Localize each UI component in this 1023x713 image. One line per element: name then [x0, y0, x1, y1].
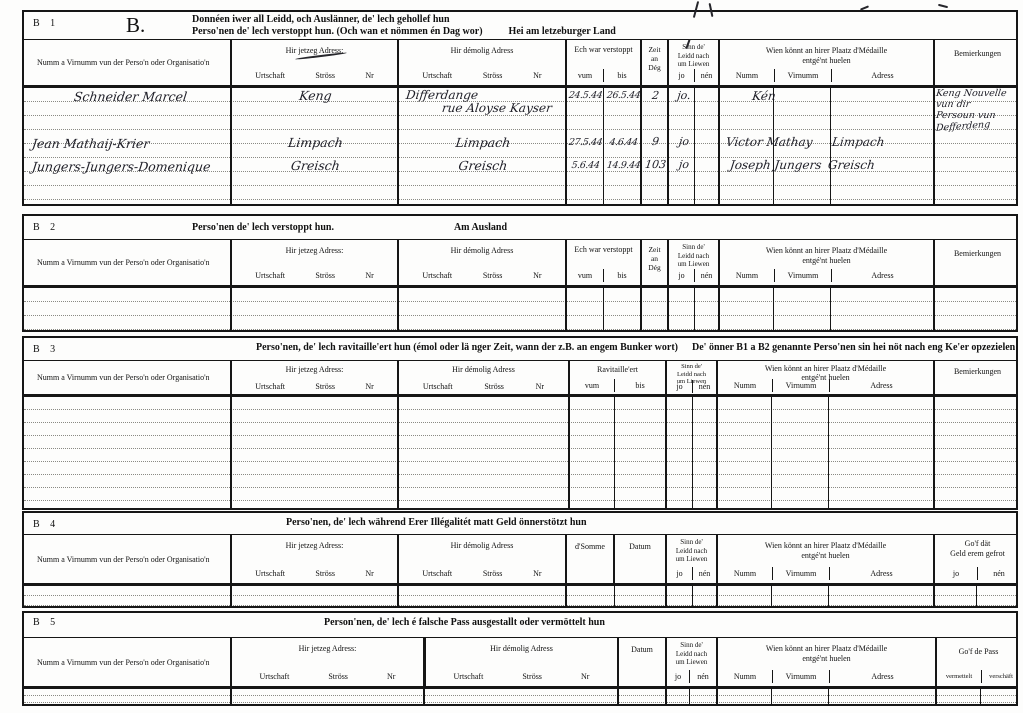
wien-label: Wien könnt an hirer Plaatz d'Médaille en… — [720, 246, 933, 266]
handwriting-vum: 5.6.44 — [566, 160, 604, 171]
numm-label: Numm — [718, 670, 772, 683]
nen-label: nén — [977, 567, 1020, 580]
b3-col-jetzeg-adress: Hir jetzeg Adress: UrtschaftStrössNr — [232, 361, 399, 394]
wien-label: Wien könnt an hirer Plaatz d'Médaille en… — [718, 541, 933, 561]
gof-pass-label: Go'f de Pass — [937, 647, 1020, 657]
zeit-label-l1: Zeit — [642, 245, 667, 254]
b1-title-line2-text: Perso'nen de' lech verstoppt hun. (Och w… — [192, 26, 483, 37]
urtschaft-label: Urtschaft — [422, 71, 452, 80]
nr-label: Nr — [533, 569, 541, 578]
handwriting-jo: jo — [668, 158, 700, 171]
numm-label: Numm — [720, 269, 774, 282]
b1-title-line2: Perso'nen de' lech verstoppt hun. (Och w… — [192, 26, 616, 38]
b4-gof-sublabels: jonén — [935, 567, 1020, 580]
handwriting-demolig: Limpach — [398, 135, 568, 150]
bis-label: bis — [603, 69, 640, 82]
nr-label: Nr — [365, 271, 373, 280]
zeit-label-l3: Dég — [642, 263, 667, 272]
handwriting-bis: 26.5.44 — [604, 90, 642, 101]
vum-label: vum — [567, 269, 603, 282]
b2-col-name-label: Numm a Virnumm vun der Perso'n oder Orga… — [24, 258, 220, 267]
b2-title-main: Perso'nen de' lech verstoppt hun. — [192, 222, 334, 233]
b5-wien-sublabels: NummVirnummAdress — [718, 670, 935, 683]
handwriting-jetzeg: Greisch — [231, 158, 400, 173]
b1-title-line1: Donnéen iwer all Leidd, och Auslänner, d… — [192, 14, 616, 26]
b1-title-row: B 1 B. Donnéen iwer all Leidd, och Auslä… — [24, 12, 1016, 40]
sinn-label-l1: Sinn de' — [667, 538, 716, 547]
b5-column-rules — [24, 689, 1016, 704]
b5-column-header: Numm a Virnumm vun der Perso'n oder Orga… — [24, 638, 1016, 689]
adress-label: Adress — [829, 567, 933, 580]
sinn-label-l1: Sinn de' — [667, 363, 716, 371]
b1-col-zeit: Zeit an Dég — [642, 40, 669, 85]
b1-b-marker: B. — [126, 13, 145, 38]
b3-column-header: Numm a Virnumm vun der Perso'n oder Orga… — [24, 361, 1016, 397]
handwriting-vum: 27.5.44 — [566, 137, 604, 148]
b1-title-location: Hei am letzeburger Land — [509, 26, 616, 37]
b5-col-jetzeg-adress: Hir jetzeg Adress: UrtschaftStrössNr — [232, 638, 425, 686]
zeit-label-l3: Dég — [642, 63, 667, 72]
nr-label: Nr — [533, 271, 541, 280]
b3-col-name: Numm a Virnumm vun der Perso'n oder Orga… — [24, 361, 232, 394]
jo-label: jo — [667, 670, 689, 683]
b2-data-area — [24, 288, 1016, 330]
sinn-label-l3: um Liewen — [669, 60, 718, 69]
b3-title-row: B 3 Perso'nen, de' lech ravitaille'ert h… — [24, 338, 1016, 361]
b2-title-location: Am Ausland — [454, 222, 507, 233]
urtschaft-label: Urtschaft — [260, 672, 290, 681]
nen-label: nén — [694, 269, 718, 282]
b2-col-demolig-adress: Hir démolig Adress UrtschaftStrössNr — [399, 240, 567, 285]
stross-label: Ströss — [484, 382, 504, 391]
b1-col-bemierkungen: Bemierkungen — [935, 40, 1020, 85]
b1-col-sinn: Sinn de' Leidd nach um Liewen jonén — [669, 40, 720, 85]
b3-col-bemierkungen: Bemierkungen — [935, 361, 1020, 394]
b5-gof-sublabels: vermetteltverschäft — [937, 670, 1020, 683]
b4-col-somme: d'Somme — [567, 535, 615, 583]
b3-col-demolig-adress: Hir démolig Adress UrtschaftStrössNr — [399, 361, 570, 394]
sinn-label-l2: Leidd nach — [667, 371, 716, 379]
wien-label-l1: Wien könnt an hirer Plaatz d'Médaille — [718, 541, 933, 551]
b4-col-wien: Wien könnt an hirer Plaatz d'Médaille en… — [718, 535, 935, 583]
jo-label: jo — [667, 380, 692, 393]
nr-label: Nr — [365, 569, 373, 578]
vum-label: vum — [567, 69, 603, 82]
vum-label: vum — [570, 379, 614, 392]
b2-title: Perso'nen de' lech verstoppt hun.Am Ausl… — [192, 222, 507, 234]
wien-label-l1: Wien könnt an hirer Plaatz d'Médaille — [718, 644, 935, 654]
sinn-label-l2: Leidd nach — [667, 650, 716, 659]
urtschaft-label: Urtschaft — [255, 382, 285, 391]
adress-label: Adress — [829, 379, 933, 392]
handwriting-name: Jungers-Jungers-Domenique — [31, 159, 211, 174]
b5-title: Person'nen, de' lech é falsche Pass ausg… — [324, 617, 605, 628]
jo-label: jo — [669, 269, 694, 282]
handwriting-name: Jean Mathaij-Krier — [31, 136, 150, 151]
b2-verstoppt-sublabels: vumbis — [567, 269, 640, 282]
bemierkungen-label: Bemierkungen — [935, 249, 1020, 258]
b3-col-sinn: Sinn de' Leidd nach um Liewen jonén — [667, 361, 718, 394]
sinn-label-l1: Sinn de' — [669, 43, 718, 52]
stross-label: Ströss — [315, 271, 335, 280]
urtschaft-label: Urtschaft — [422, 569, 452, 578]
section-b5: B 5 Person'nen, de' lech é falsche Pass … — [22, 611, 1018, 706]
b3-col-name-label: Numm a Virnumm vun der Perso'n oder Orga… — [24, 373, 220, 382]
sinn-label-l1: Sinn de' — [669, 243, 718, 252]
handwriting-demolig: Greisch — [398, 158, 568, 173]
jo-label: jo — [935, 567, 977, 580]
b1-column-header: Numm a Virnumm vun der Perso'n oder Orga… — [24, 40, 1016, 88]
b1-col-demolig-adress: Hir démolig Adress UrtschaftStrössNr — [399, 40, 567, 85]
b4-column-rules — [24, 586, 1016, 606]
handwriting-numm: Joseph Jungers — [729, 158, 822, 172]
b4-data-area — [24, 586, 1016, 606]
handwriting-name: Schneider Marcel — [73, 89, 188, 104]
nr-label: Nr — [581, 672, 589, 681]
b4-section-id: B 4 — [33, 519, 59, 530]
handwriting-numm: Victor Mathay — [725, 135, 813, 149]
sinn-label-l2: Leidd nach — [669, 52, 718, 61]
stross-label: Ströss — [522, 672, 542, 681]
section-b2: B 2 Perso'nen de' lech verstoppt hun.Am … — [22, 214, 1018, 332]
b3-jetzeg-label: Hir jetzeg Adress: — [232, 365, 397, 374]
b2-col-sinn: Sinn de' Leidd nach um Liewen jonén — [669, 240, 720, 285]
virnumm-label: Virnumm — [774, 69, 831, 82]
gof-geld-label: Go'f dät Geld erem gefrot — [935, 539, 1020, 559]
b1-demolig-sublabels: UrtschaftStrössNr — [399, 71, 565, 80]
sinn-label-l3: um Liewen — [667, 555, 716, 564]
somme-label: d'Somme — [567, 542, 613, 551]
nen-label: nén — [694, 69, 718, 82]
wien-label: Wien könnt an hirer Plaatz d'Médaille en… — [720, 46, 933, 66]
b5-title-row: B 5 Person'nen, de' lech é falsche Pass … — [24, 613, 1016, 638]
b4-column-header: Numm a Virnumm vun der Perso'n oder Orga… — [24, 535, 1016, 586]
stross-label: Ströss — [483, 271, 503, 280]
b2-wien-sublabels: NummVirnummAdress — [720, 269, 933, 282]
handwriting-jo: jo — [668, 135, 700, 148]
wien-label-l2: entgé'nt huelen — [720, 256, 933, 266]
b2-col-verstoppt: Ech war verstoppt vumbis — [567, 240, 642, 285]
scanned-form-page: B 1 B. Donnéen iwer all Leidd, och Auslä… — [0, 0, 1023, 713]
urtschaft-label: Urtschaft — [422, 271, 452, 280]
sinn-label: Sinn de' Leidd nach um Liewen — [669, 240, 718, 269]
b5-col-gof-pass: Go'f de Pass vermetteltverschäft — [937, 638, 1020, 686]
b5-col-demolig-adress: Hir démolig Adress UrtschaftStrössNr — [425, 638, 619, 686]
b5-col-datum: Datum — [619, 638, 667, 686]
b4-col-datum: Datum — [615, 535, 667, 583]
b4-wien-sublabels: NummVirnummAdress — [718, 567, 933, 580]
b4-title: Perso'nen, de' lech während Erer Illégal… — [286, 517, 587, 528]
wien-label-l1: Wien könnt an hirer Plaatz d'Médaille — [720, 246, 933, 256]
stross-label: Ströss — [328, 672, 348, 681]
b4-demolig-label: Hir démolig Adress — [399, 541, 565, 550]
b3-title: Perso'nen, de' lech ravitaille'ert hun (… — [256, 342, 1015, 353]
b2-jetzeg-sublabels: UrtschaftStrössNr — [232, 271, 397, 280]
b2-title-text: Perso'nen de' lech verstoppt hun.Am Ausl… — [192, 222, 507, 234]
b1-jetzeg-sublabels: UrtschaftStrössNr — [232, 71, 397, 80]
b5-section-id: B 5 — [33, 617, 59, 628]
b1-title: Donnéen iwer all Leidd, och Auslänner, d… — [192, 14, 616, 37]
numm-label: Numm — [718, 567, 772, 580]
datum-label: Datum — [619, 645, 665, 654]
adress-label: Adress — [831, 69, 933, 82]
b4-title-main: Perso'nen, de' lech während Erer Illégal… — [286, 517, 587, 528]
stross-label: Ströss — [483, 71, 503, 80]
b5-col-name-label: Numm a Virnumm vun der Perso'n oder Orga… — [24, 658, 220, 667]
bis-label: bis — [603, 269, 640, 282]
section-b1: B 1 B. Donnéen iwer all Leidd, och Auslä… — [22, 10, 1018, 206]
b3-demolig-label: Hir démolig Adress — [399, 365, 568, 374]
handwriting-jo: jo. — [668, 89, 700, 102]
b1-jetzeg-label: Hir jetzeg Adress: — [232, 46, 397, 55]
b3-jetzeg-sublabels: UrtschaftStrössNr — [232, 382, 397, 391]
b2-column-rules — [24, 288, 1016, 330]
b1-verstoppt-sublabels: vumbis — [567, 69, 640, 82]
b4-col-gof-geld: Go'f dät Geld erem gefrot jonén — [935, 535, 1020, 583]
b2-demolig-label: Hir démolig Adress — [399, 246, 565, 255]
b5-demolig-sublabels: UrtschaftStrössNr — [426, 672, 617, 681]
b3-section-id: B 3 — [33, 344, 59, 355]
b2-col-bemierkungen: Bemierkungen — [935, 240, 1020, 285]
b3-col-ravitailleert: Ravitaille'ert vumbis — [570, 361, 667, 394]
stross-label: Ströss — [483, 569, 503, 578]
urtschaft-label: Urtschaft — [454, 672, 484, 681]
b2-col-name: Numm a Virnumm vun der Perso'n oder Orga… — [24, 240, 232, 285]
b2-col-jetzeg-adress: Hir jetzeg Adress: UrtschaftStrössNr — [232, 240, 399, 285]
b5-jetzeg-label: Hir jetzeg Adress: — [232, 644, 423, 653]
wien-label-l2: entgé'nt huelen — [718, 551, 933, 561]
b4-col-sinn: Sinn de' Leidd nach um Liewen jonén — [667, 535, 718, 583]
b4-jetzeg-label: Hir jetzeg Adress: — [232, 541, 397, 550]
handwriting-bis: 14.9.44 — [602, 160, 644, 171]
b4-demolig-sublabels: UrtschaftStrössNr — [399, 569, 565, 578]
handwriting-adress: Limpach — [831, 135, 885, 149]
b1-section-id: B 1 — [33, 18, 59, 29]
b2-demolig-sublabels: UrtschaftStrössNr — [399, 271, 565, 280]
b5-col-sinn: Sinn de' Leidd nach um Liewen jonén — [667, 638, 718, 686]
handwriting-bis: 4.6.44 — [604, 137, 642, 148]
b5-title-main: Person'nen, de' lech é falsche Pass ausg… — [324, 617, 605, 628]
b2-sinn-sublabels: jonén — [669, 269, 718, 282]
handwriting-jetzeg: Limpach — [231, 135, 400, 150]
numm-label: Numm — [720, 69, 774, 82]
b2-col-wien: Wien könnt an hirer Plaatz d'Médaille en… — [720, 240, 935, 285]
nen-label: nén — [692, 567, 716, 580]
handwriting-demolig: Differdange — [405, 88, 479, 102]
b3-demolig-sublabels: UrtschaftStrössNr — [399, 382, 568, 391]
handwriting-zeit: 2 — [641, 89, 670, 102]
handwriting-vum: 24.5.44 — [566, 90, 604, 101]
b5-demolig-label: Hir démolig Adress — [426, 644, 617, 653]
gof-geld-label-l1: Go'f dät — [935, 539, 1020, 549]
adress-label: Adress — [831, 269, 933, 282]
b5-data-area — [24, 689, 1016, 704]
b4-col-name-label: Numm a Virnumm vun der Perso'n oder Orga… — [24, 555, 220, 564]
b1-sinn-sublabels: jonén — [669, 69, 718, 82]
nr-label: Nr — [365, 71, 373, 80]
nr-label: Nr — [387, 672, 395, 681]
urtschaft-label: Urtschaft — [255, 71, 285, 80]
handwriting-bemierkung: vun dir — [935, 99, 971, 110]
section-b3: B 3 Perso'nen, de' lech ravitaille'ert h… — [22, 336, 1018, 510]
b4-jetzeg-sublabels: UrtschaftStrössNr — [232, 569, 397, 578]
b4-col-demolig-adress: Hir démolig Adress UrtschaftStrössNr — [399, 535, 567, 583]
b2-section-id: B 2 — [33, 222, 59, 233]
b1-col-verstoppt: Ech war verstoppt vumbis — [567, 40, 642, 85]
wien-label-l2: entgé'nt huelen — [720, 56, 933, 66]
b3-sinn-sublabels: jonén — [667, 380, 716, 393]
handwriting-adress: Greisch — [827, 158, 876, 172]
b5-sinn-sublabels: jonén — [667, 670, 716, 683]
b3-title-main: Perso'nen, de' lech ravitaille'ert hun (… — [256, 342, 678, 353]
b5-col-wien: Wien könnt an hirer Plaatz d'Médaille en… — [718, 638, 937, 686]
virnumm-label: Virnumm — [772, 670, 829, 683]
b4-title-row: B 4 Perso'nen, de' lech während Erer Ill… — [24, 513, 1016, 535]
gof-geld-label-l2: Geld erem gefrot — [935, 549, 1020, 559]
bis-label: bis — [614, 379, 665, 392]
b3-col-wien: Wien könnt an hirer Plaatz d'Médaille en… — [718, 361, 935, 394]
urtschaft-label: Urtschaft — [423, 382, 453, 391]
handwriting-numm: Kén — [723, 89, 805, 103]
b5-col-name: Numm a Virnumm vun der Perso'n oder Orga… — [24, 638, 232, 686]
b3-wien-sublabels: NummVirnummAdress — [718, 379, 933, 392]
handwriting-bemierkung: Keng Nouvelle — [935, 88, 1007, 99]
b4-col-name: Numm a Virnumm vun der Perso'n oder Orga… — [24, 535, 232, 583]
sinn-label-l2: Leidd nach — [669, 252, 718, 261]
nr-label: Nr — [365, 382, 373, 391]
b4-sinn-sublabels: jonén — [667, 567, 716, 580]
virnumm-label: Virnumm — [772, 379, 829, 392]
handwriting-zeit: 103 — [641, 158, 670, 171]
virnumm-label: Virnumm — [774, 269, 831, 282]
sinn-label-l1: Sinn de' — [667, 641, 716, 650]
b3-title-note: De' önner B1 a B2 genannte Perso'nen sin… — [692, 342, 1015, 353]
stross-label: Ströss — [315, 569, 335, 578]
jo-label: jo — [669, 69, 694, 82]
bemierkungen-label: Bemierkungen — [935, 49, 1020, 58]
stross-label: Ströss — [315, 382, 335, 391]
datum-label: Datum — [615, 542, 665, 551]
b1-demolig-label: Hir démolig Adress — [399, 46, 565, 55]
numm-label: Numm — [718, 379, 772, 392]
handwriting-jetzeg: Keng — [231, 88, 400, 103]
nen-label: nén — [692, 380, 716, 393]
sinn-label-l3: um Liewen — [669, 260, 718, 269]
virnumm-label: Virnumm — [772, 567, 829, 580]
sinn-label-l3: um Liewen — [667, 658, 716, 667]
vermettelt-label: vermettelt — [937, 670, 981, 683]
verschaft-label: verschäft — [981, 670, 1020, 683]
b2-column-header: Numm a Virnumm vun der Perso'n oder Orga… — [24, 240, 1016, 288]
sinn-label: Sinn de' Leidd nach um Liewen — [669, 40, 718, 69]
b3-data-area — [24, 397, 1016, 508]
b1-wien-sublabels: NummVirnummAdress — [720, 69, 933, 82]
handwriting-zeit: 9 — [641, 135, 670, 148]
wien-label-l1: Wien könnt an hirer Plaatz d'Médaille — [718, 364, 933, 373]
zeit-label-l1: Zeit — [642, 45, 667, 54]
sinn-label: Sinn de' Leidd nach um Liewen — [667, 535, 716, 564]
adress-label: Adress — [829, 670, 935, 683]
b1-data-area: Schneider Marcel Keng Differdange rue Al… — [24, 88, 1016, 204]
handwriting-demolig-street: rue Aloyse Kayser — [441, 101, 553, 115]
nr-label: Nr — [533, 71, 541, 80]
b2-verstoppt-label: Ech war verstoppt — [567, 245, 640, 254]
b2-title-row: B 2 Perso'nen de' lech verstoppt hun.Am … — [24, 216, 1016, 240]
jo-label: jo — [667, 567, 692, 580]
urtschaft-label: Urtschaft — [255, 271, 285, 280]
nr-label: Nr — [536, 382, 544, 391]
urtschaft-label: Urtschaft — [255, 569, 285, 578]
b4-col-jetzeg-adress: Hir jetzeg Adress: UrtschaftStrössNr — [232, 535, 399, 583]
b3-column-rules — [24, 397, 1016, 508]
b5-jetzeg-sublabels: UrtschaftStrössNr — [232, 672, 423, 681]
b3-ravitailleert-sublabels: vumbis — [570, 379, 665, 392]
zeit-label-l2: an — [642, 54, 667, 63]
b3-ravitailleert-label: Ravitaille'ert — [570, 365, 665, 374]
section-b4: B 4 Perso'nen, de' lech während Erer Ill… — [22, 511, 1018, 608]
b2-col-zeit: Zeit an Dég — [642, 240, 669, 285]
b1-col-name-label: Numm a Virnumm vun der Perso'n oder Orga… — [24, 58, 220, 67]
pen-mark — [938, 4, 948, 8]
b2-jetzeg-label: Hir jetzeg Adress: — [232, 246, 397, 255]
zeit-label-l2: an — [642, 254, 667, 263]
b1-col-name: Numm a Virnumm vun der Perso'n oder Orga… — [24, 40, 232, 85]
sinn-label-l2: Leidd nach — [667, 547, 716, 556]
nen-label: nén — [689, 670, 716, 683]
bemierkungen-label: Bemierkungen — [935, 367, 1020, 376]
wien-label-l2: entgé'nt huelen — [718, 654, 935, 664]
b1-verstoppt-label: Ech war verstoppt — [567, 45, 640, 54]
b1-col-jetzeg-adress: Hir jetzeg Adress: UrtschaftStrössNr — [232, 40, 399, 85]
wien-label: Wien könnt an hirer Plaatz d'Médaille en… — [718, 644, 935, 664]
b1-col-wien: Wien könnt an hirer Plaatz d'Médaille en… — [720, 40, 935, 85]
stross-label: Ströss — [315, 71, 335, 80]
sinn-label: Sinn de' Leidd nach um Liewen — [667, 638, 716, 667]
wien-label-l1: Wien könnt an hirer Plaatz d'Médaille — [720, 46, 933, 56]
